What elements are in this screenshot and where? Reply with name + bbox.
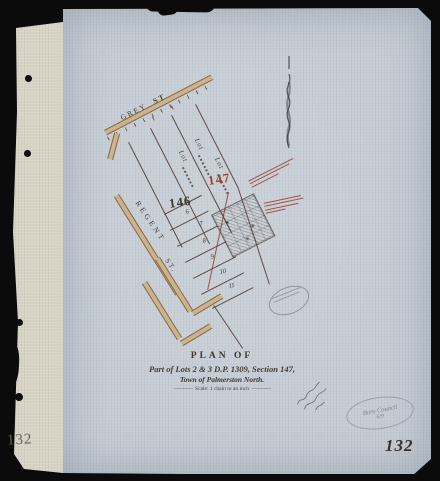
title-block: PLAN OF Part of Lots 2 & 3 D.P. 1309, Se…: [112, 351, 332, 392]
crease-mark: [282, 52, 298, 156]
title-subject: Part of Lots 2 & 3 D.P. 1309, Section 14…: [112, 364, 332, 374]
hole-punch: [15, 393, 23, 401]
scale-dash: ————: [174, 386, 192, 392]
archive-number-right: 132: [385, 436, 414, 456]
hole-punch: [25, 75, 32, 82]
title-scale: ————Scale: 1 chain to an inch————: [112, 386, 332, 392]
lot-number: 10: [219, 268, 227, 276]
scale-dash: ————: [252, 386, 270, 392]
backing-sheet-edge: [12, 22, 63, 473]
torn-notch: [146, 0, 216, 13]
archive-number-left: 132: [7, 431, 33, 449]
title-locality: Town of Palmerston North.: [112, 375, 332, 384]
lot-number: 11: [228, 282, 235, 290]
scale-text: Scale: 1 chain to an inch: [195, 386, 249, 392]
pencil-note-line2: 6/9: [376, 413, 385, 420]
plan-of-heading: PLAN OF: [112, 351, 332, 361]
block-number-147: 147: [207, 170, 232, 189]
hole-punch: [24, 150, 31, 157]
block-number-146: 146: [168, 193, 193, 212]
hole-punch: [16, 319, 23, 326]
scanned-survey-plan: GREYST REGENT ST. Lot Lot Lot 146 147 6 …: [0, 0, 440, 481]
